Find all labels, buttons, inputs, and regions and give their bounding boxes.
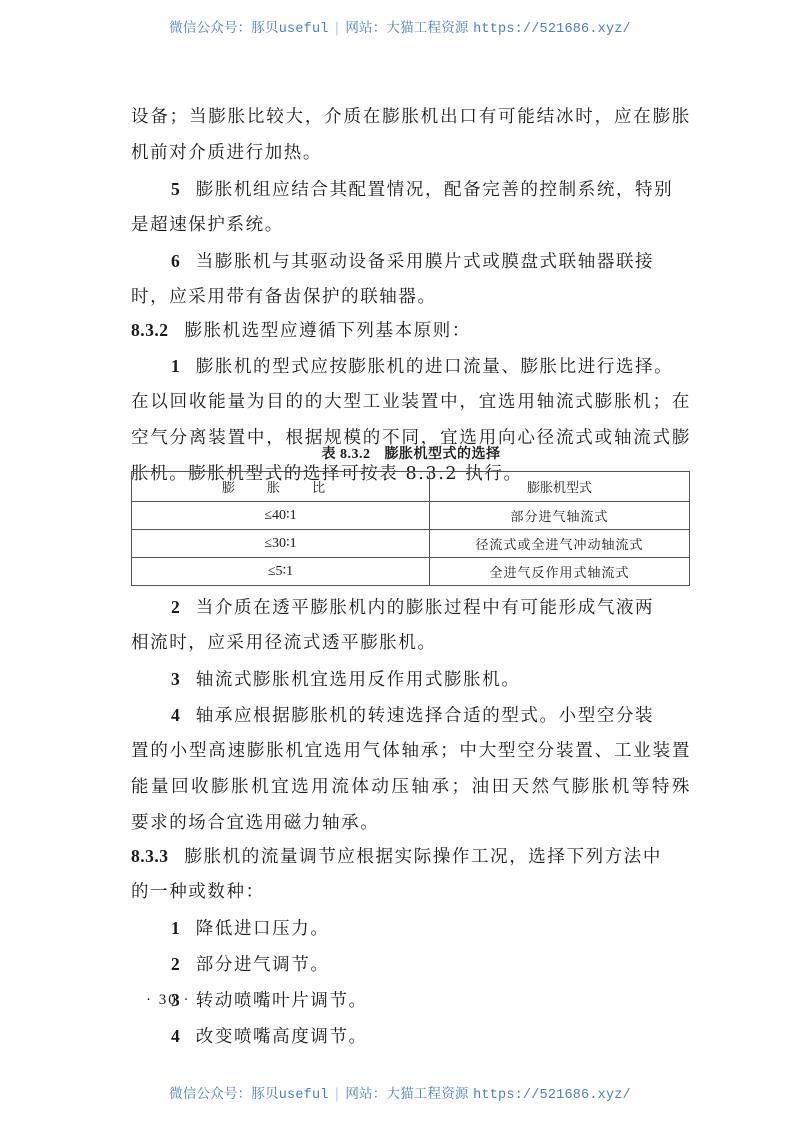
list-item-6: 6当膨胀机与其驱动设备采用膜片式或膜盘式联轴器联接 (131, 248, 731, 275)
method-item-1: 1降低进口压力。 (131, 915, 731, 942)
item-number: 6 (171, 251, 180, 271)
item-text: 膨胀机的型式应按膨胀机的进口流量、膨胀比进行选择。 (196, 357, 674, 377)
item-text: 轴承应根据膨胀机的转速选择合适的型式。小型空分装 (196, 706, 654, 726)
watermark-separator: | (335, 1086, 340, 1102)
cell-ratio: ≤5∶1 (132, 558, 430, 586)
table-row: ≤30∶1 径流式或全进气冲动轴流式 (132, 530, 690, 558)
cell-type: 全进气反作用式轴流式 (430, 558, 690, 586)
item-number: 2 (171, 954, 180, 974)
item-text: 轴流式膨胀机宜选用反作用式膨胀机。 (196, 670, 521, 690)
watermark-site-label: 网站：大猫工程资源 (345, 20, 468, 36)
paragraph-line: 在以回收能量为目的的大型工业装置中，宜选用轴流式膨胀机；在 (131, 389, 691, 415)
paragraph-line: 能量回收膨胀机宜选用流体动压轴承；油田天然气膨胀机等特殊 (131, 774, 691, 800)
list-item-1: 1膨胀机的型式应按膨胀机的进口流量、膨胀比进行选择。 (131, 353, 731, 380)
watermark-separator: | (335, 20, 340, 36)
watermark-label: 微信公众号：豚贝 (169, 1086, 279, 1102)
item-text: 当介质在透平膨胀机内的膨胀过程中有可能形成气液两 (196, 598, 654, 618)
item-text: 降低进口压力。 (196, 919, 330, 939)
cell-ratio: ≤30∶1 (132, 530, 430, 558)
cell-ratio: ≤40∶1 (132, 502, 430, 530)
item-number: 5 (171, 179, 180, 199)
item-number: 1 (171, 918, 180, 938)
item-text: 膨胀机组应结合其配置情况，配备完善的控制系统，特别 (196, 180, 674, 200)
watermark-account: useful (279, 1088, 329, 1103)
page-number: · 30 · (146, 992, 191, 1009)
watermark-header: 微信公众号：豚贝useful|网站：大猫工程资源 https://521686.… (0, 16, 800, 37)
item-number: 4 (171, 705, 180, 725)
paragraph-line: 的一种或数种： (131, 879, 691, 905)
watermark-url[interactable]: https://521686.xyz/ (473, 22, 631, 37)
section-number: 8.3.3 (131, 846, 169, 866)
column-header-expansion-ratio: 膨 胀 比 (132, 472, 430, 502)
section-heading-8-3-3: 8.3.3膨胀机的流量调节应根据实际操作工况，选择下列方法中 (131, 843, 691, 870)
table-caption-title: 膨胀机型式的选择 (385, 446, 501, 462)
method-item-4: 4改变喷嘴高度调节。 (131, 1023, 731, 1050)
table-header-row: 膨 胀 比 膨胀机型式 (132, 472, 690, 502)
watermark-site-label: 网站：大猫工程资源 (345, 1086, 468, 1102)
cell-type: 部分进气轴流式 (430, 502, 690, 530)
watermark-url[interactable]: https://521686.xyz/ (473, 1088, 631, 1103)
method-item-2: 2部分进气调节。 (131, 951, 731, 978)
expander-type-table: 膨 胀 比 膨胀机型式 ≤40∶1 部分进气轴流式 ≤30∶1 径流式或全进气冲… (131, 471, 690, 586)
section-number: 8.3.2 (131, 320, 169, 340)
paragraph-line: 是超速保护系统。 (131, 212, 691, 238)
list-item-5: 5膨胀机组应结合其配置情况，配备完善的控制系统，特别 (131, 176, 731, 203)
list-item-4: 4轴承应根据膨胀机的转速选择合适的型式。小型空分装 (131, 702, 731, 729)
item-number: 1 (171, 356, 180, 376)
paragraph-line: 置的小型高速膨胀机宜选用气体轴承；中大型空分装置、工业装置 (131, 738, 691, 764)
table-row: ≤40∶1 部分进气轴流式 (132, 502, 690, 530)
item-text: 部分进气调节。 (196, 955, 330, 975)
cell-type: 径流式或全进气冲动轴流式 (430, 530, 690, 558)
table-row: ≤5∶1 全进气反作用式轴流式 (132, 558, 690, 586)
paragraph-line: 要求的场合宜选用磁力轴承。 (131, 810, 691, 836)
list-item-2: 2当介质在透平膨胀机内的膨胀过程中有可能形成气液两 (131, 594, 731, 621)
item-text: 改变喷嘴高度调节。 (196, 1027, 368, 1047)
item-number: 2 (171, 597, 180, 617)
paragraph-line: 时，应采用带有备齿保护的联轴器。 (131, 284, 691, 310)
section-heading-8-3-2: 8.3.2膨胀机选型应遵循下列基本原则： (131, 317, 691, 344)
item-number: 4 (171, 1026, 180, 1046)
list-item-3: 3轴流式膨胀机宜选用反作用式膨胀机。 (131, 666, 731, 693)
item-text: 转动喷嘴叶片调节。 (196, 991, 368, 1011)
paragraph-line: 设备；当膨胀比较大，介质在膨胀机出口有可能结冰时，应在膨胀 (131, 104, 691, 130)
watermark-label: 微信公众号：豚贝 (169, 20, 279, 36)
watermark-footer: 微信公众号：豚贝useful|网站：大猫工程资源 https://521686.… (0, 1082, 800, 1103)
section-title: 膨胀机的流量调节应根据实际操作工况，选择下列方法中 (185, 847, 663, 867)
section-title: 膨胀机选型应遵循下列基本原则： (185, 321, 472, 341)
item-number: 3 (171, 669, 180, 689)
paragraph-line: 机前对介质进行加热。 (131, 140, 691, 166)
paragraph-line: 相流时，应采用径流式透平膨胀机。 (131, 630, 691, 656)
watermark-account: useful (279, 22, 329, 37)
item-text: 当膨胀机与其驱动设备采用膜片式或膜盘式联轴器联接 (196, 252, 654, 272)
table-caption-number: 表 8.3.2 (322, 447, 371, 462)
column-header-expander-type: 膨胀机型式 (430, 472, 690, 502)
table-caption: 表 8.3.2膨胀机型式的选择 (131, 443, 691, 463)
method-item-3: 3转动喷嘴叶片调节。 (131, 987, 731, 1014)
